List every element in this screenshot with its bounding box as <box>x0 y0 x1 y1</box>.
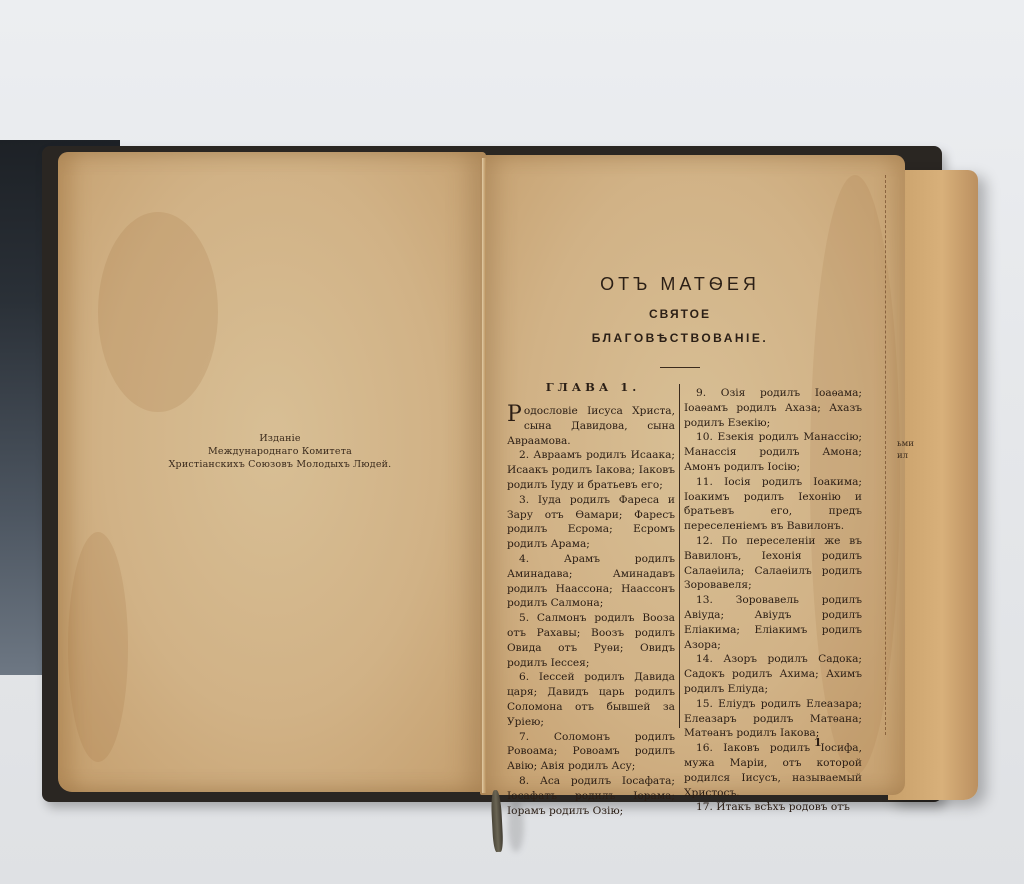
title-line-3: БЛАГОВѢСТВОВАНІЕ. <box>560 331 800 345</box>
verse: 5. Салмонъ родилъ Вооза отъ Рахавы; Вооз… <box>507 611 675 670</box>
imprint-line: Международнаго Комитета <box>150 445 410 458</box>
paper-stain <box>68 532 128 762</box>
verse: 12. По переселеніи же въ Вавилонъ, Іехон… <box>684 534 862 593</box>
chapter-heading: ГЛАВА 1. <box>508 380 678 394</box>
verse: 2. Авраамъ родилъ Исаака; Исаакъ родилъ … <box>507 448 675 492</box>
imprint-line: Изданіе <box>150 432 410 445</box>
paper-stain <box>98 212 218 412</box>
verse: 17. Итакъ всѣхъ родовъ отъ <box>684 800 862 815</box>
verse: 15. Еліудъ родилъ Елеазара; Елеазаръ род… <box>684 697 862 741</box>
verse: 4. Арамъ родилъ Аминадава; Аминадавъ род… <box>507 552 675 611</box>
verse: 9. Озія родилъ Іоаѳама; Іоаѳамъ родилъ А… <box>684 386 862 430</box>
page-number: 1 <box>814 736 822 749</box>
photo-scene: Изданіе Международнаго Комитета Христіан… <box>0 0 1024 884</box>
verse: 16. Іаковъ родилъ Іосифа, мужа Маріи, от… <box>684 741 862 800</box>
verse: 10. Езекія родилъ Манассію; Манассія род… <box>684 430 862 474</box>
bookmark-shadow <box>508 800 524 852</box>
column-divider <box>679 384 680 728</box>
drop-cap: Р <box>507 406 522 424</box>
margin-text-fragment: ьми ил <box>897 438 914 462</box>
left-page <box>58 152 486 792</box>
publisher-imprint: Изданіе Международнаго Комитета Христіан… <box>150 432 410 471</box>
text-column-1: Родословіе Іисуса Христа, сына Давидова,… <box>507 404 675 818</box>
verse-1: Родословіе Іисуса Христа, сына Давидова,… <box>507 404 675 448</box>
verse: 13. Зоровавель родилъ Авіуда; Авіудъ род… <box>684 593 862 652</box>
book-gutter <box>482 158 486 793</box>
verse: 3. Іуда родилъ Фареса и Зару отъ Ѳамари;… <box>507 493 675 552</box>
title-line-2: СВЯТОЕ <box>560 307 800 321</box>
title-line-1: ОТЪ МАТѲЕЯ <box>560 274 800 295</box>
verse: 6. Іессей родилъ Давида царя; Давидъ цар… <box>507 670 675 729</box>
text-column-2: 9. Озія родилъ Іоаѳама; Іоаѳамъ родилъ А… <box>684 386 862 815</box>
book-title: ОТЪ МАТѲЕЯ СВЯТОЕ БЛАГОВѢСТВОВАНІЕ. <box>560 274 800 368</box>
verse: 14. Азоръ родилъ Садока; Садокъ родилъ А… <box>684 652 862 696</box>
imprint-line: Христіанскихъ Союзовъ Молодыхъ Людей. <box>150 458 410 471</box>
title-divider <box>660 367 700 368</box>
verse: 8. Аса родилъ Іосафата; Іосафатъ родилъ … <box>507 774 675 818</box>
verse: 11. Іосія родилъ Іоакима; Іоакимъ родилъ… <box>684 475 862 534</box>
verse: 7. Соломонъ родилъ Ровоама; Ровоамъ роди… <box>507 730 675 774</box>
